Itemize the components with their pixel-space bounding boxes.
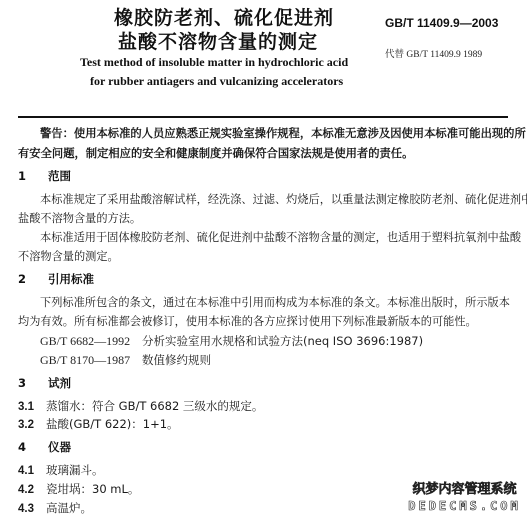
section-title: 试剂 xyxy=(48,376,71,390)
item-number: 4.2 xyxy=(18,484,46,496)
section-title: 引用标准 xyxy=(48,272,94,286)
warning-line2: 有安全问题，制定相应的安全和健康制度并确保符合国家法规是使用者的责任。 xyxy=(18,145,413,163)
section-number: 3 xyxy=(18,376,48,390)
section-number: 1 xyxy=(18,169,48,183)
header-divider xyxy=(18,116,508,118)
apparatus-item: 4.1玻璃漏斗。 xyxy=(18,462,104,478)
item-text: 高温炉。 xyxy=(46,501,92,515)
item-text: 瓷坩埚：30 mL。 xyxy=(46,482,139,496)
watermark-en: DEDECMS.COM xyxy=(402,498,527,514)
watermark-cn: 织梦内容管理系统 xyxy=(402,482,527,498)
apparatus-item: 4.3高温炉。 xyxy=(18,500,92,516)
section-2-para1-line2: 均为有效。所有标准都会被修订，使用本标准的各方应探讨使用下列标准最新版本的可能性… xyxy=(18,313,477,331)
item-text: 盐酸(GB/T 622)：1+1。 xyxy=(46,417,179,431)
apparatus-item: 4.2瓷坩埚：30 mL。 xyxy=(18,481,139,497)
watermark: 织梦内容管理系统 DEDECMS.COM xyxy=(402,482,527,518)
section-3-heading: 3试剂 xyxy=(18,375,71,391)
reference-code: GB/T 8170—1987 xyxy=(40,353,142,368)
section-title: 范围 xyxy=(48,169,71,183)
replaces-standard: 代替 GB/T 11409.9 1989 xyxy=(385,46,482,60)
reagent-item: 3.1蒸馏水：符合 GB/T 6682 三级水的规定。 xyxy=(18,398,263,414)
section-4-heading: 4仪器 xyxy=(18,439,71,455)
reference-item: GB/T 8170—1987数值修约规则 xyxy=(40,352,211,368)
title-cn-line1: 橡胶防老剂、硫化促进剂 xyxy=(114,3,334,30)
title-cn-line2: 盐酸不溶物含量的测定 xyxy=(118,27,318,54)
section-number: 4 xyxy=(18,440,48,454)
title-en-line2: for rubber antiagers and vulcanizing acc… xyxy=(90,74,343,89)
item-text: 蒸馏水：符合 GB/T 6682 三级水的规定。 xyxy=(46,399,263,413)
reference-item: GB/T 6682—1992分析实验室用水规格和试验方法(neq ISO 369… xyxy=(40,333,423,349)
section-1-heading: 1范围 xyxy=(18,168,71,184)
title-en-line1: Test method of insoluble matter in hydro… xyxy=(80,55,348,70)
reference-code: GB/T 6682—1992 xyxy=(40,334,142,349)
reference-desc: 分析实验室用水规格和试验方法(neq ISO 3696:1987) xyxy=(142,334,423,348)
section-1-para2-line1: 本标准适用于固体橡胶防老剂、硫化促进剂中盐酸不溶物含量的测定，也适用于塑料抗氧剂… xyxy=(40,229,521,247)
section-number: 2 xyxy=(18,272,48,286)
item-number: 4.1 xyxy=(18,465,46,477)
warning-line1: 警告：使用本标准的人员应熟悉正规实验室操作规程，本标准无意涉及因使用本标准可能出… xyxy=(40,125,526,143)
item-number: 4.3 xyxy=(18,503,46,515)
standard-number: GB/T 11409.9—2003 xyxy=(385,16,498,30)
item-text: 玻璃漏斗。 xyxy=(46,463,104,477)
reference-desc: 数值修约规则 xyxy=(142,353,211,367)
section-1-para1-line1: 本标准规定了采用盐酸溶解试样，经洗涤、过滤、灼烧后，以重量法测定橡胶防老剂、硫化… xyxy=(40,191,527,209)
section-1-para1-line2: 盐酸不溶物含量的方法。 xyxy=(18,210,141,228)
section-1-para2-line2: 不溶物含量的测定。 xyxy=(18,248,119,266)
section-2-heading: 2引用标准 xyxy=(18,271,94,287)
section-title: 仪器 xyxy=(48,440,71,454)
item-number: 3.2 xyxy=(18,419,46,431)
item-number: 3.1 xyxy=(18,401,46,413)
section-2-para1-line1: 下列标准所包含的条文，通过在本标准中引用而构成为本标准的条文。本标准出版时，所示… xyxy=(40,294,510,312)
reagent-item: 3.2盐酸(GB/T 622)：1+1。 xyxy=(18,416,179,432)
